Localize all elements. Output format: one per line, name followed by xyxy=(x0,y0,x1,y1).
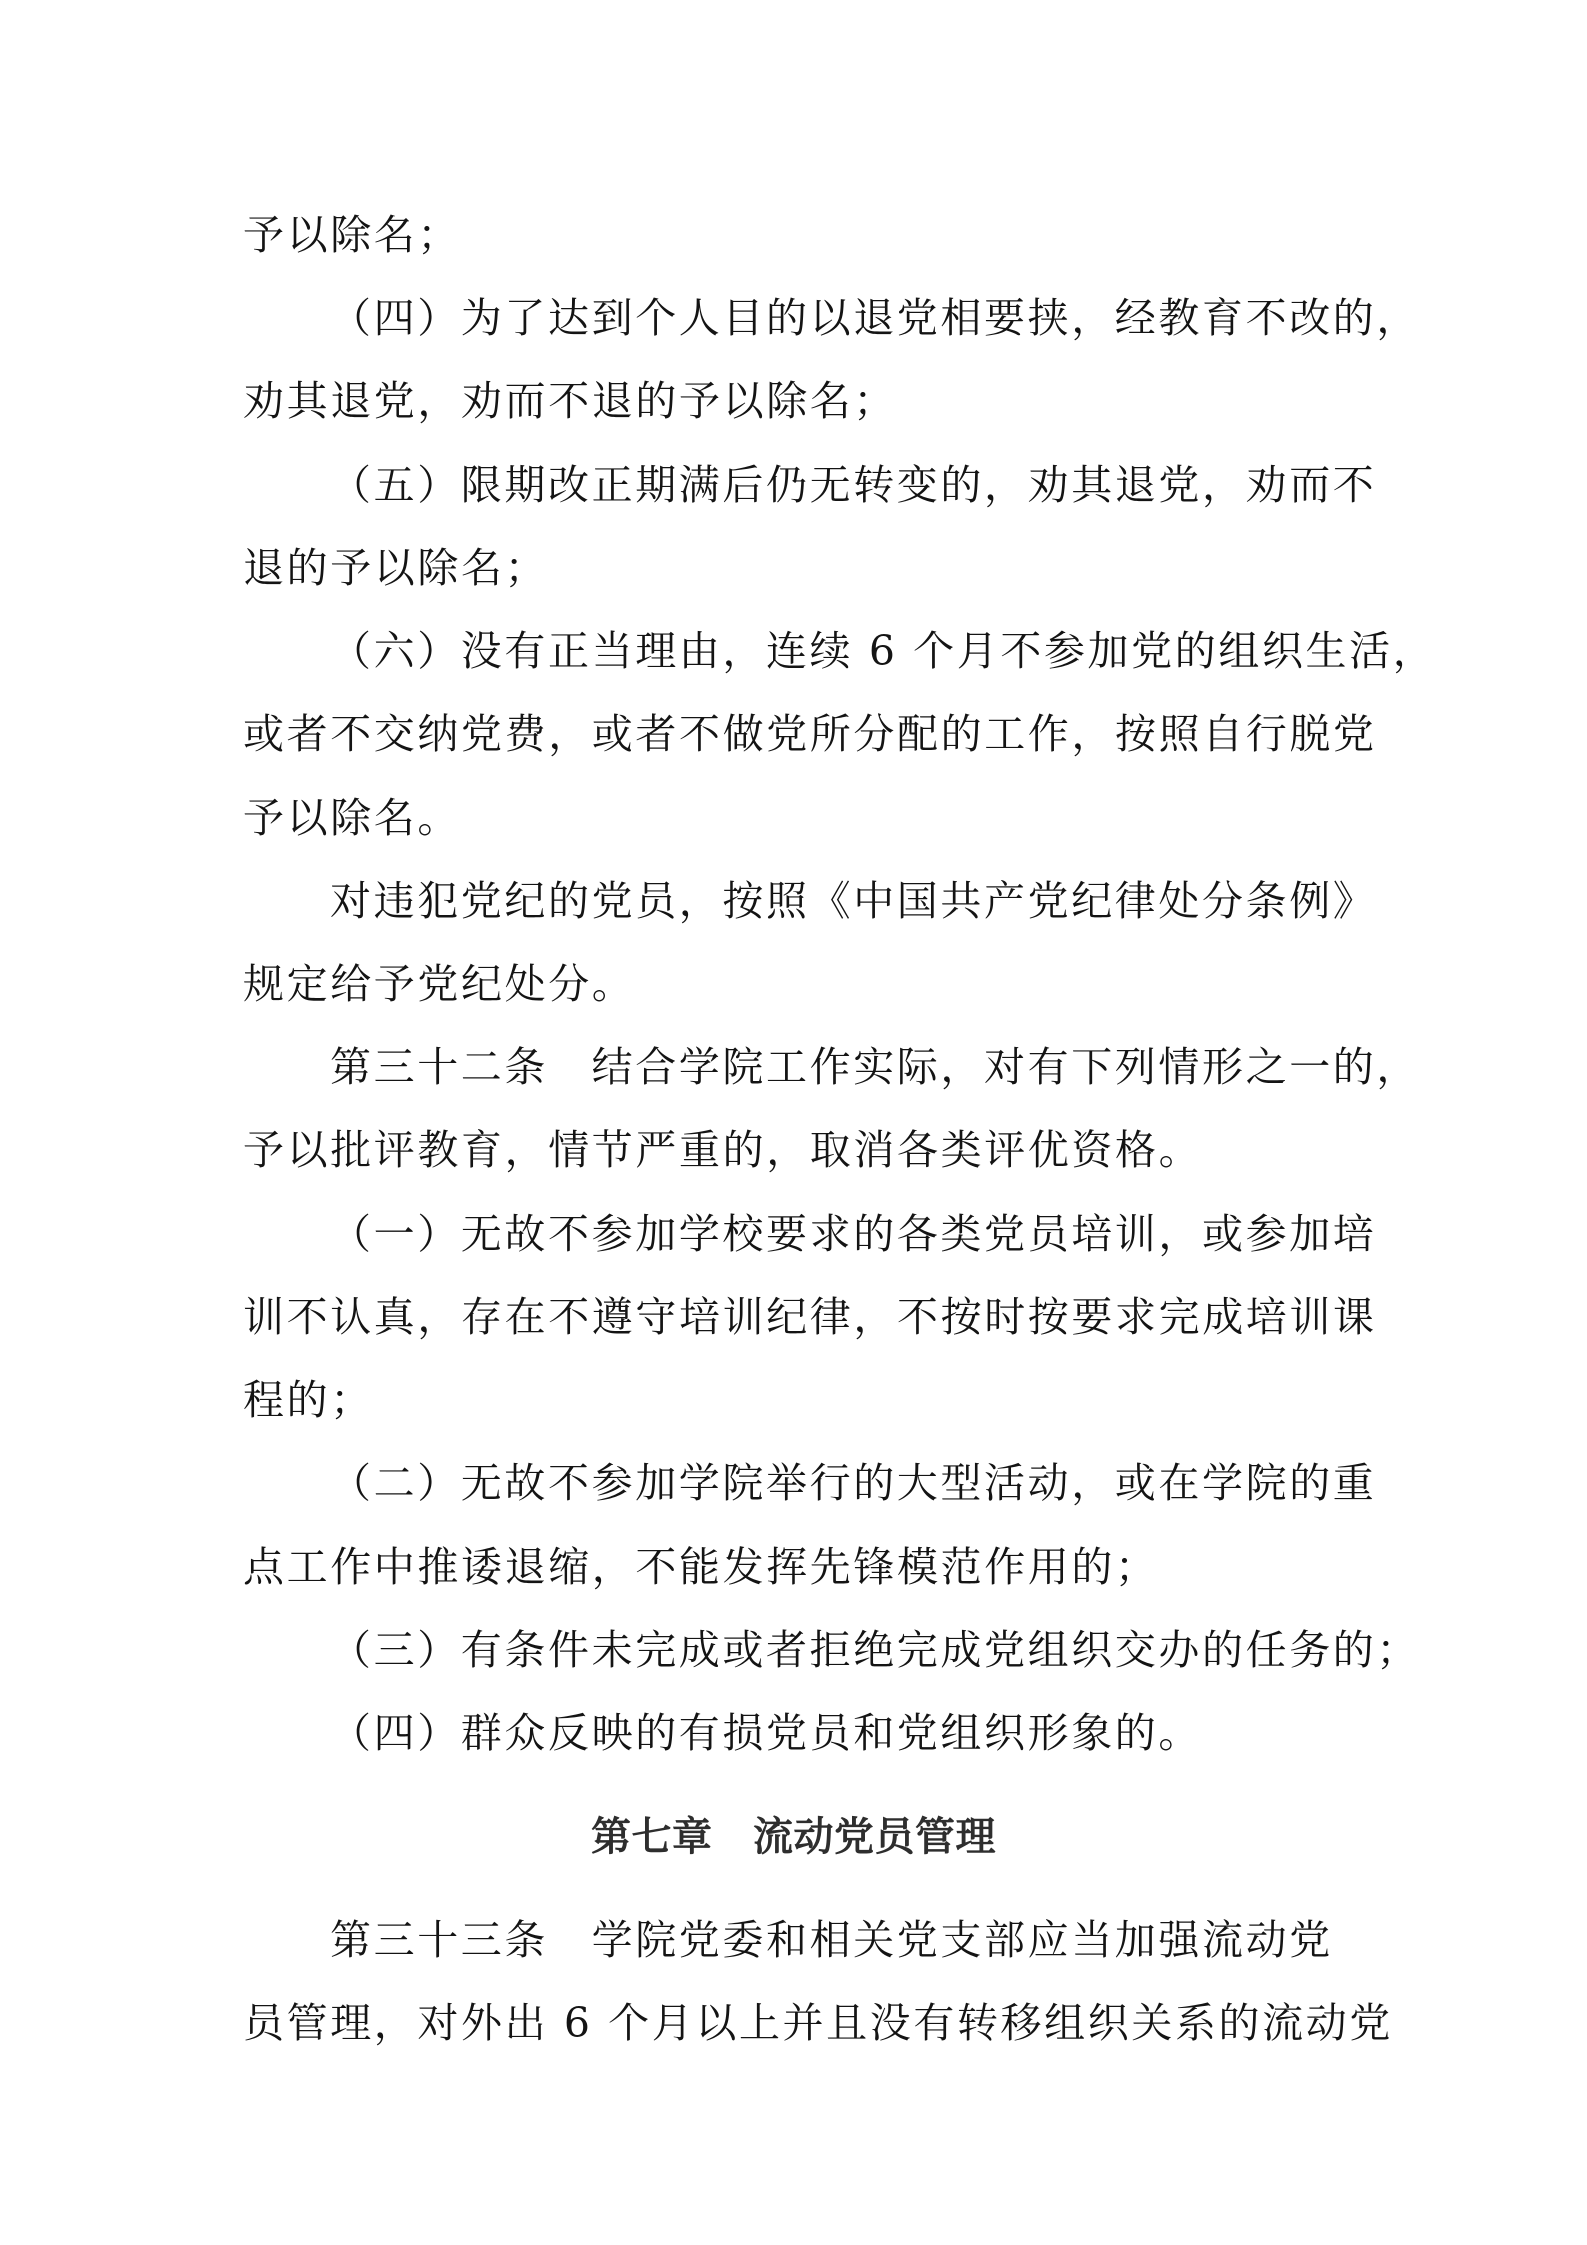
article-33-heading-line: 第三十三条 学院党委和相关党支部应当加强流动党 xyxy=(330,1918,1363,1962)
chapter-heading: 第七章 流动党员管理 xyxy=(0,1813,1587,1861)
text-line-item-2: （二）无故不参加学院举行的大型活动，或在学院的重 xyxy=(330,1461,1363,1505)
text-line: 点工作中推诿退缩，不能发挥先锋模范作用的； xyxy=(243,1545,1363,1589)
text-line: 劝其退党，劝而不退的予以除名； xyxy=(243,379,1363,423)
text-line: 训不认真，存在不遵守培训纪律，不按时按要求完成培训课 xyxy=(243,1295,1363,1339)
text-line-discipline-paragraph: 对违犯党纪的党员，按照《中国共产党纪律处分条例》 xyxy=(330,879,1363,923)
text-line-item-4: （四）为了达到个人目的以退党相要挟，经教育不改的， xyxy=(330,296,1363,340)
text-line-item-6: （六）没有正当理由，连续 6 个月不参加党的组织生活， xyxy=(330,629,1363,673)
document-page: 予以除名； （四）为了达到个人目的以退党相要挟，经教育不改的， 劝其退党，劝而不… xyxy=(0,0,1587,2245)
article-32-heading-line: 第三十二条 结合学院工作实际，对有下列情形之一的， xyxy=(330,1045,1363,1089)
text-line: 程的； xyxy=(243,1378,1363,1422)
text-line: 规定给予党纪处分。 xyxy=(243,962,1363,1006)
text-line-item-3: （三）有条件未完成或者拒绝完成党组织交办的任务的； xyxy=(330,1628,1363,1672)
text-line: 予以除名； xyxy=(243,213,1363,257)
text-line-item-4b: （四）群众反映的有损党员和党组织形象的。 xyxy=(330,1711,1363,1755)
text-line-item-1: （一）无故不参加学校要求的各类党员培训，或参加培 xyxy=(330,1212,1363,1256)
text-line-item-5: （五）限期改正期满后仍无转变的，劝其退党，劝而不 xyxy=(330,463,1363,507)
text-line: 予以批评教育，情节严重的，取消各类评优资格。 xyxy=(243,1128,1363,1172)
text-line: 或者不交纳党费，或者不做党所分配的工作，按照自行脱党 xyxy=(243,712,1363,756)
text-line: 予以除名。 xyxy=(243,796,1363,840)
text-line: 退的予以除名； xyxy=(243,546,1363,590)
text-line: 员管理，对外出 6 个月以上并且没有转移组织关系的流动党 xyxy=(243,2001,1363,2045)
